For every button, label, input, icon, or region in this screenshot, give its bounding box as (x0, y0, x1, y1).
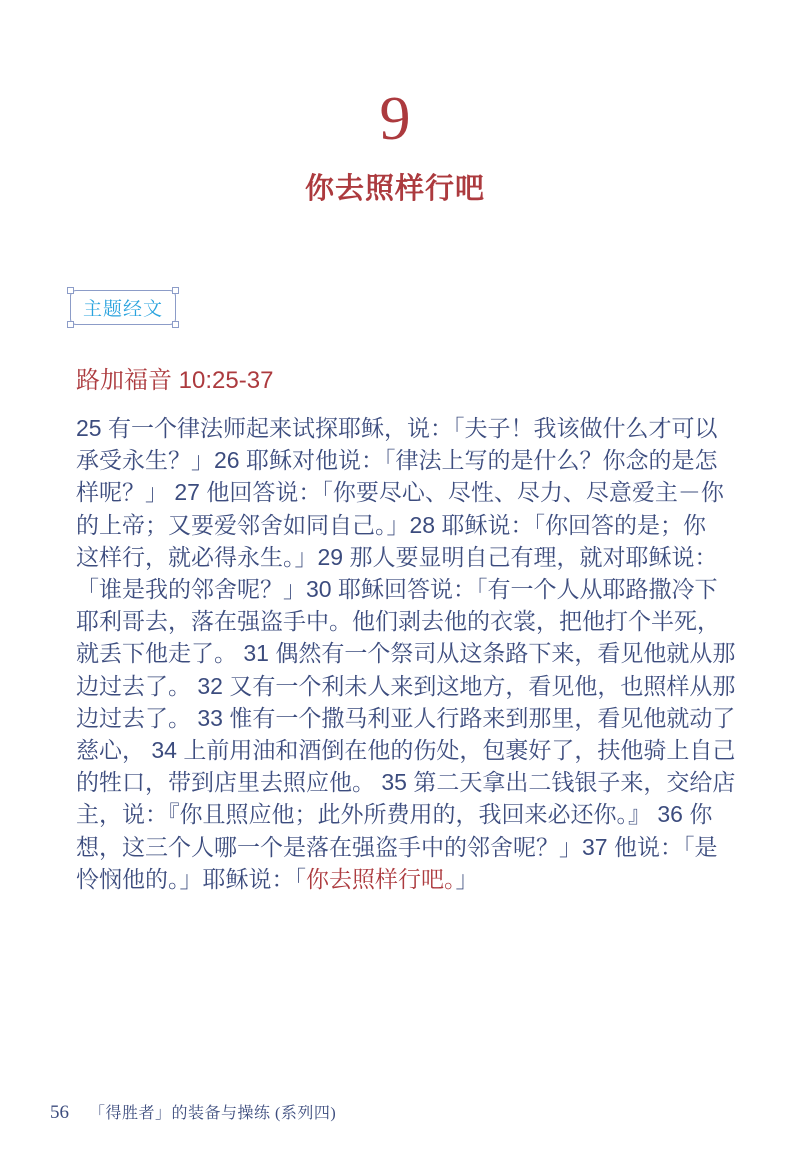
scripture-line: 样呢？」 27 他回答说：「你要尽心、尽性、尽力、尽意爱主－你 (76, 476, 731, 508)
scripture-line: 的上帝；又要爱邻舍如同自己。」28 耶稣说：「你回答的是；你 (76, 509, 731, 541)
scripture-segment: 」 (456, 866, 479, 892)
box-corner-ornament (172, 287, 179, 294)
scripture-line: 的牲口，带到店里去照应他。 35 第二天拿出二钱银子来，交给店 (76, 766, 731, 798)
scripture-segment: 这样行，就必得永生。」29 那人要显明自己有理，就对耶稣说： (76, 544, 717, 570)
scripture-line: 耶利哥去，落在强盗手中。他们剥去他的衣裳，把他打个半死， (76, 605, 731, 637)
scripture-line: 怜悯他的。」耶稣说：「你去照样行吧。」 (76, 863, 731, 895)
scripture-line: 边过去了。 32 又有一个利未人来到这地方，看见他，也照样从那 (76, 670, 731, 702)
scripture-segment: 的上帝；又要爱邻舍如同自己。」28 耶稣说：「你回答的是；你 (76, 512, 706, 538)
scripture-segment: 边过去了。 33 惟有一个撒马利亚人行路来到那里，看见他就动了 (76, 705, 735, 731)
scripture-segment: 25 有一个律法师起来试探耶稣，说：「夫子！我该做什么才可以 (76, 415, 717, 441)
book-page: 9 你去照样行吧 主题经文 路加福音 10:25-37 25 有一个律法师起来试… (0, 0, 790, 1170)
scripture-segment: 主，说：『你且照应他；此外所费用的，我回来必还你。』 36 你 (76, 801, 712, 827)
book-title: 「得胜者」的装备与操练 (系列四) (89, 1100, 336, 1123)
chapter-number: 9 (0, 88, 790, 150)
scripture-segment: 边过去了。 32 又有一个利未人来到这地方，看见他，也照样从那 (76, 673, 735, 699)
box-corner-ornament (67, 287, 74, 294)
highlighted-phrase: 你去照样行吧。 (306, 866, 456, 892)
scripture-line: 想，这三个人哪一个是落在强盗手中的邻舍呢？」37 他说：「是 (76, 831, 731, 863)
box-corner-ornament (172, 321, 179, 328)
scripture-text: 25 有一个律法师起来试探耶稣，说：「夫子！我该做什么才可以承受永生？」26 耶… (76, 412, 731, 895)
scripture-segment: 想，这三个人哪一个是落在强盗手中的邻舍呢？」37 他说：「是 (76, 834, 717, 860)
chapter-title: 你去照样行吧 (0, 166, 790, 207)
page-number: 56 (50, 1102, 69, 1124)
scripture-segment: 的牲口，带到店里去照应他。 35 第二天拿出二钱银子来，交给店 (76, 769, 735, 795)
section-label: 主题经文 (83, 294, 163, 321)
scripture-line: 25 有一个律法师起来试探耶稣，说：「夫子！我该做什么才可以 (76, 412, 731, 444)
scripture-line: 承受永生？」26 耶稣对他说：「律法上写的是什么？你念的是怎 (76, 444, 731, 476)
scripture-line: 主，说：『你且照应他；此外所费用的，我回来必还你。』 36 你 (76, 798, 731, 830)
scripture-line: 这样行，就必得永生。」29 那人要显明自己有理，就对耶稣说： (76, 541, 731, 573)
scripture-line: 边过去了。 33 惟有一个撒马利亚人行路来到那里，看见他就动了 (76, 702, 731, 734)
scripture-segment: 「谁是我的邻舍呢？」30 耶稣回答说：「有一个人从耶路撒冷下 (76, 576, 717, 602)
scripture-reference: 路加福音 10:25-37 (76, 360, 273, 395)
scripture-segment: 慈心， 34 上前用油和酒倒在他的伤处，包裹好了，扶他骑上自己 (76, 737, 735, 763)
scripture-line: 慈心， 34 上前用油和酒倒在他的伤处，包裹好了，扶他骑上自己 (76, 734, 731, 766)
scripture-line: 就丢下他走了。 31 偶然有一个祭司从这条路下来，看见他就从那 (76, 637, 731, 669)
scripture-line: 「谁是我的邻舍呢？」30 耶稣回答说：「有一个人从耶路撒冷下 (76, 573, 731, 605)
scripture-segment: 怜悯他的。」耶稣说：「 (76, 866, 306, 892)
scripture-segment: 样呢？」 27 他回答说：「你要尽心、尽性、尽力、尽意爱主－你 (76, 479, 724, 505)
page-footer: 56 「得胜者」的装备与操练 (系列四) (50, 1100, 336, 1124)
box-corner-ornament (67, 321, 74, 328)
scripture-segment: 承受永生？」26 耶稣对他说：「律法上写的是什么？你念的是怎 (76, 447, 717, 473)
section-label-box: 主题经文 (70, 290, 176, 325)
scripture-segment: 耶利哥去，落在强盗手中。他们剥去他的衣裳，把他打个半死， (76, 608, 720, 634)
scripture-segment: 就丢下他走了。 31 偶然有一个祭司从这条路下来，看见他就从那 (76, 640, 735, 666)
